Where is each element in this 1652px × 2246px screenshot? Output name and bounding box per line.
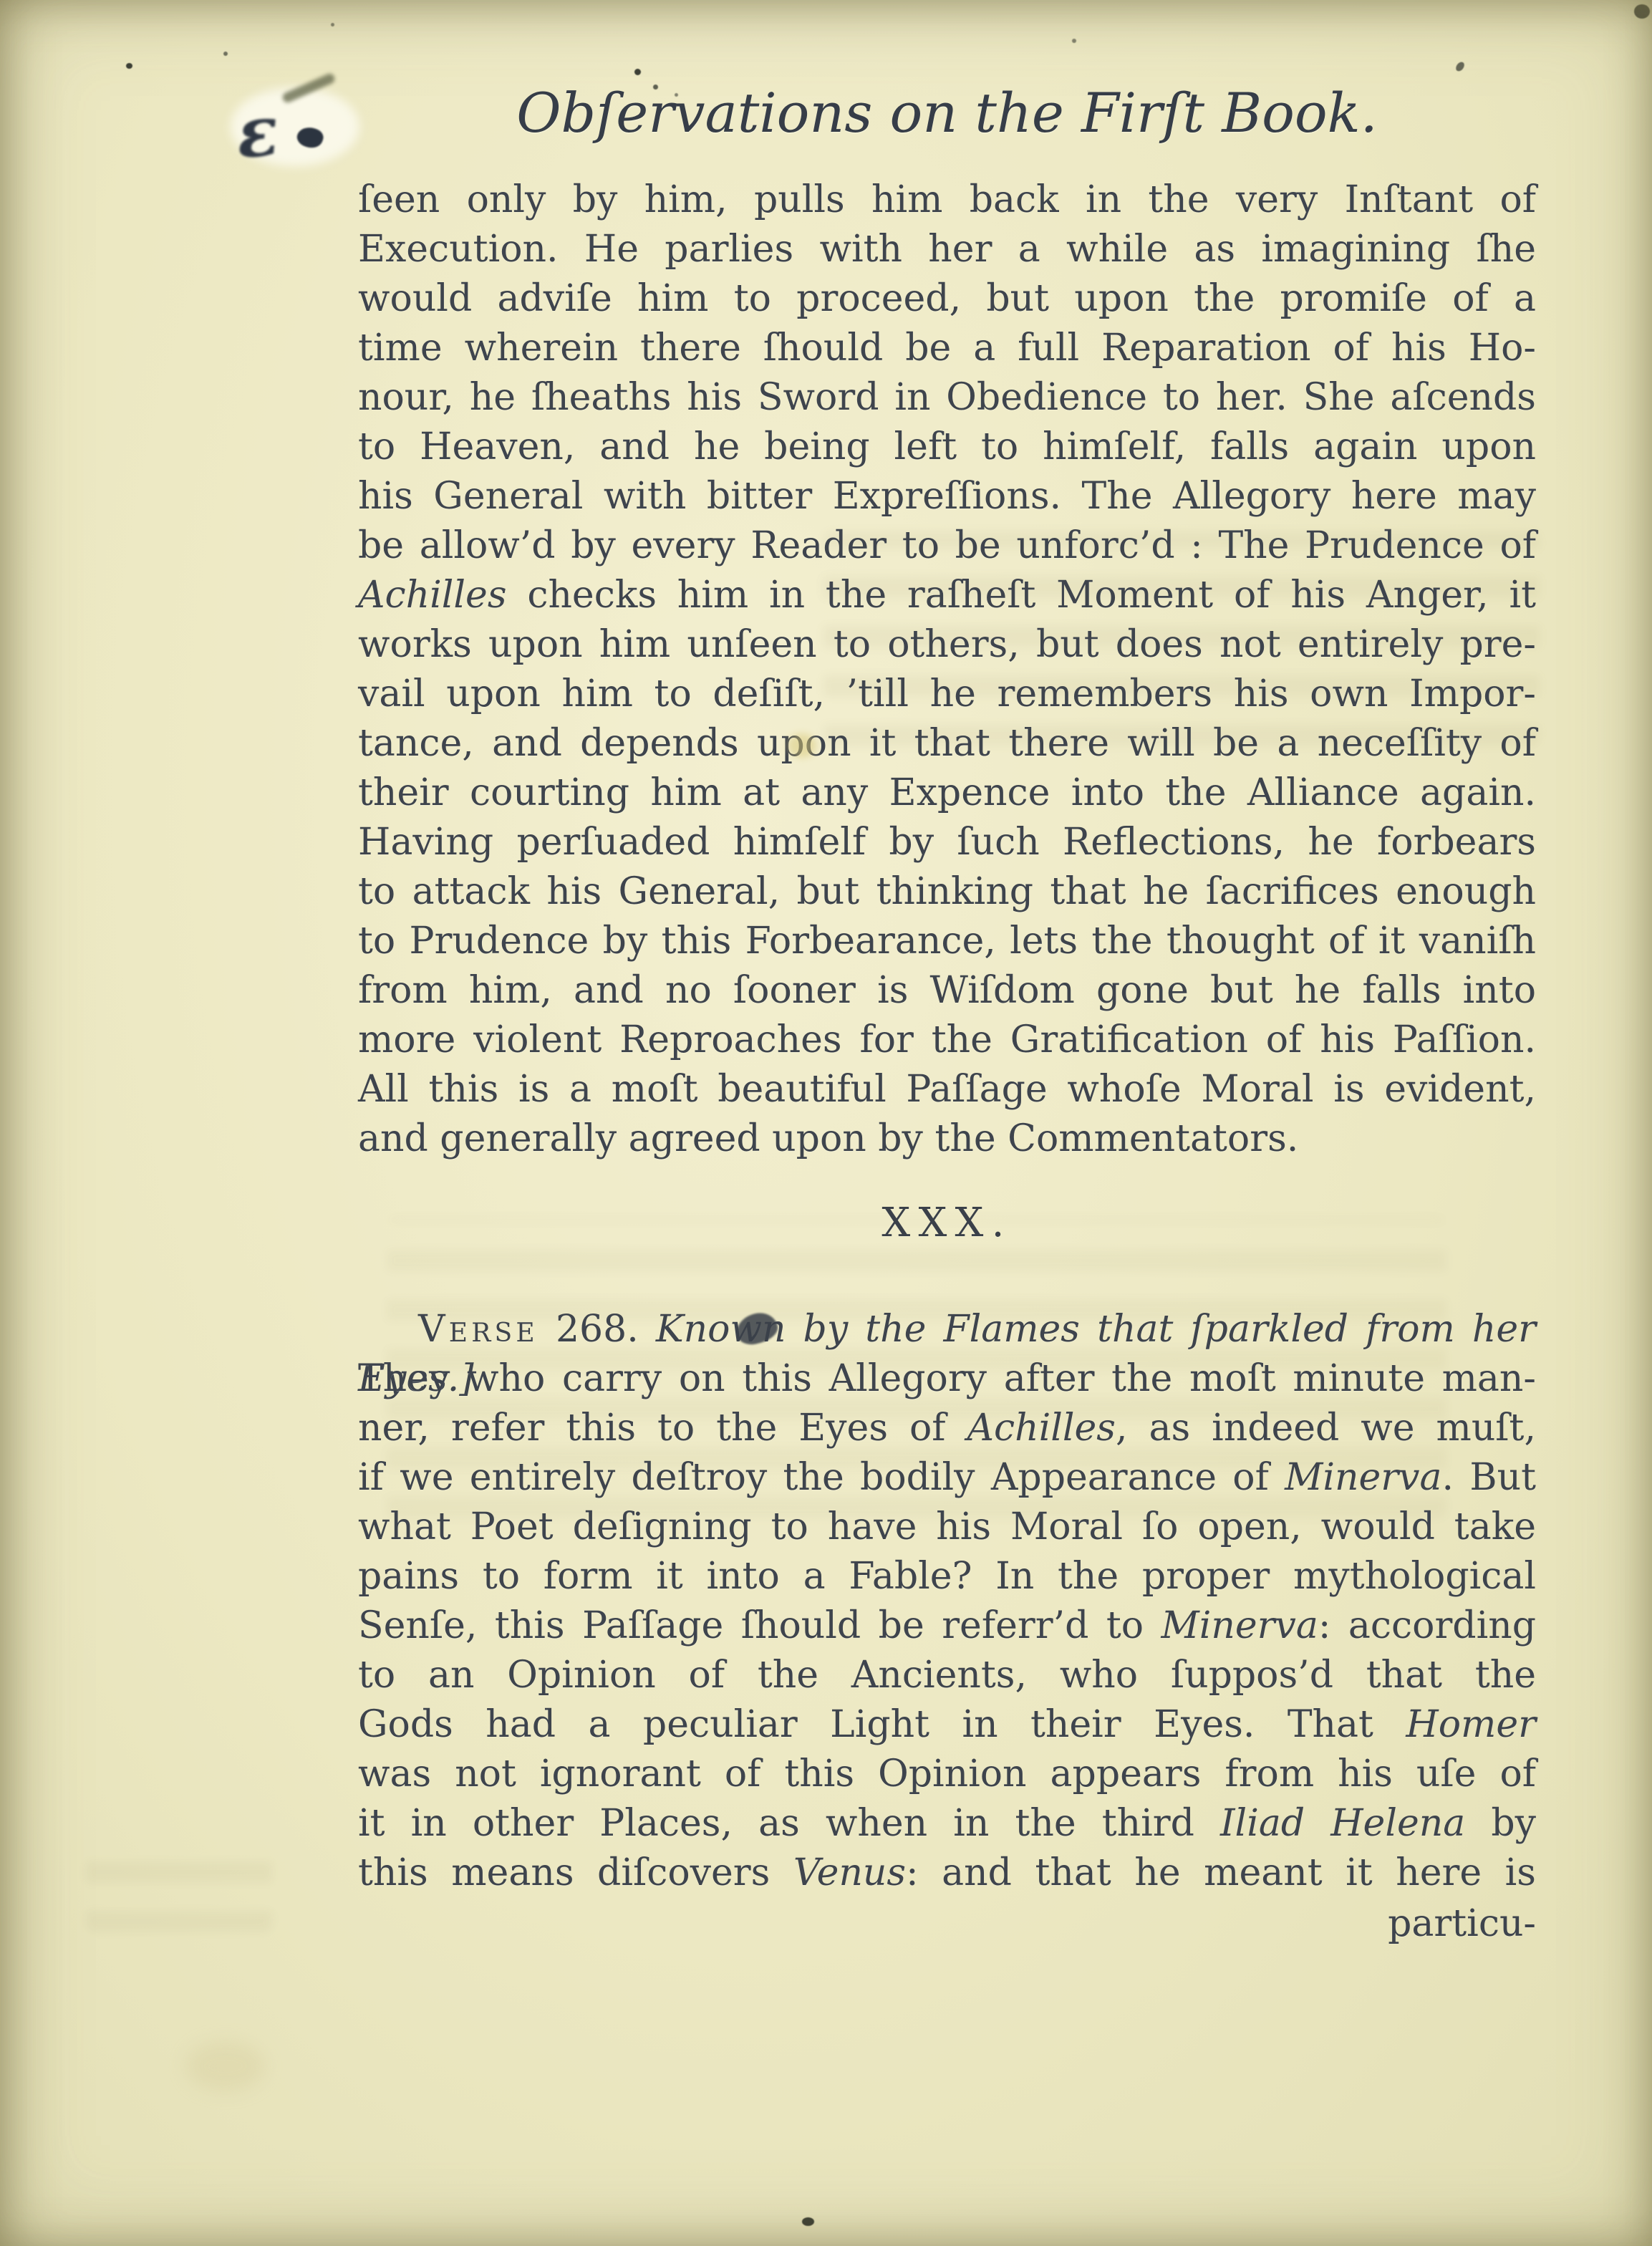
show-through-ghost — [86, 1854, 272, 1932]
text-run: his General with bitter Expreſſions. The… — [358, 475, 1536, 518]
text-run: They who carry on this Allegory after th… — [358, 1357, 1536, 1400]
text-line: All this is a moſt beautiful Paſſage who… — [358, 1065, 1536, 1114]
text-run: their courting him at any Expence into t… — [358, 771, 1536, 814]
text-line: vail upon him to deſiſt, ’till he rememb… — [358, 670, 1536, 719]
text-line: Gods had a peculiar Light in their Eyes.… — [358, 1700, 1536, 1750]
text-line: be allow’d by every Reader to be unforc’… — [358, 521, 1536, 571]
page-title: Obſervations on the Firſt Book. — [516, 81, 1378, 145]
text-run: to Prudence by this Forbearance, lets th… — [358, 920, 1536, 963]
ink-speck — [331, 23, 334, 26]
text-line: to Prudence by this Forbearance, lets th… — [358, 917, 1536, 966]
text-run: it in other Places, as when in the third — [358, 1802, 1220, 1845]
text-line: to Heaven, and he being left to himſelf,… — [358, 423, 1536, 472]
text-line: time wherein there ſhould be a full Repa… — [358, 324, 1536, 373]
text-line: ſeen only by him, pulls him back in the … — [358, 175, 1536, 225]
text-run: if we entirely deſtroy the bodily Appear… — [358, 1456, 1285, 1499]
text-run: by — [1465, 1802, 1536, 1845]
text-line: was not ignorant of this Opinion appears… — [358, 1750, 1536, 1799]
bottom-ink-speck — [802, 2217, 814, 2226]
text-line: They who carry on this Allegory after th… — [358, 1354, 1536, 1404]
text-run: Having perſuaded himſelf by ſuch Reflect… — [358, 821, 1536, 864]
text-run: All this is a moſt beautiful Paſſage who… — [358, 1068, 1536, 1111]
text-line: to an Opinion of the Ancients, who ſuppo… — [358, 1651, 1536, 1700]
running-header: Obſervations on the Firſt Book. — [358, 74, 1536, 153]
ink-speck — [223, 52, 228, 56]
paper-stain — [186, 2041, 265, 2091]
italic-text: Minerva — [1285, 1456, 1441, 1499]
ink-speck — [675, 93, 678, 97]
paragraph-observation-29: ſeen only by him, pulls him back in the … — [358, 175, 1536, 1164]
text-line: Senſe, this Paſſage ſhould be referr’d t… — [358, 1601, 1536, 1651]
text-line: Achilles checks him in the raſheſt Momen… — [358, 571, 1536, 620]
text-run: pains to form it into a Fable? In the pr… — [358, 1555, 1536, 1598]
book-page: ε Obſervations on the Firſt Book. ſeen o… — [0, 0, 1652, 2246]
text-line: more violent Reproaches for the Gratific… — [358, 1016, 1536, 1065]
text-line: works upon him unſeen to others, but doe… — [358, 620, 1536, 670]
italic-text: Achilles — [358, 574, 507, 617]
text-run: . But — [1442, 1456, 1536, 1499]
text-line: Having perſuaded himſelf by ſuch Reflect… — [358, 818, 1536, 867]
text-line: pains to form it into a Fable? In the pr… — [358, 1552, 1536, 1601]
section-heading: XXX. — [358, 1195, 1536, 1252]
paragraph-observation-30: Verse 268. Known by the Flames that ſpar… — [358, 1305, 1536, 1898]
text-line: his General with bitter Expreſſions. The… — [358, 472, 1536, 521]
text-line: it in other Places, as when in the third… — [358, 1799, 1536, 1849]
text-run: works upon him unſeen to others, but doe… — [358, 623, 1536, 666]
text-run: to attack his General, but thinking that… — [358, 870, 1536, 913]
text-run: ſeen only by him, pulls him back in the … — [358, 178, 1536, 221]
text-line: what Poet deſigning to have his Moral ſo… — [358, 1503, 1536, 1552]
corner-mark — [1634, 4, 1650, 19]
text-run: what Poet deſigning to have his Moral ſo… — [358, 1505, 1536, 1548]
ink-speck — [1455, 61, 1466, 73]
text-line: and generally agreed upon by the Comment… — [358, 1114, 1536, 1164]
text-run: ner, refer this to the Eyes of — [358, 1407, 967, 1450]
text-line: Execution. He parlies with her a while a… — [358, 225, 1536, 274]
text-run: : according — [1318, 1604, 1536, 1647]
text-run: was not ignorant of this Opinion appears… — [358, 1753, 1536, 1796]
text-run: , as indeed we muſt, — [1116, 1407, 1536, 1450]
text-line: their courting him at any Expence into t… — [358, 768, 1536, 818]
text-line: would adviſe him to proceed, but upon th… — [358, 274, 1536, 324]
text-run: time wherein there ſhould be a full Repa… — [358, 327, 1536, 370]
catchword: particu- — [358, 1899, 1536, 1949]
text-run: vail upon him to deſiſt, ’till he rememb… — [358, 673, 1536, 715]
text-line: this means diſcovers Venus: and that he … — [358, 1849, 1536, 1898]
text-run: and generally agreed upon by the Comment… — [358, 1117, 1298, 1160]
italic-text: Venus — [793, 1851, 906, 1894]
ink-speck — [634, 69, 641, 75]
text-run: to Heaven, and he being left to himſelf,… — [358, 425, 1536, 468]
text-line: tance, and depends upon it that there wi… — [358, 719, 1536, 768]
ink-speck — [126, 63, 132, 69]
text-run: more violent Reproaches for the Gratific… — [358, 1018, 1536, 1061]
text-line: ner, refer this to the Eyes of Achilles,… — [358, 1404, 1536, 1453]
italic-text: Homer — [1406, 1703, 1536, 1746]
text-run: would adviſe him to proceed, but upon th… — [358, 277, 1536, 320]
text-run: this means diſcovers — [358, 1851, 793, 1894]
text-run: : and that he meant it here is — [906, 1851, 1536, 1894]
text-run: be allow’d by every Reader to be unforc’… — [358, 524, 1536, 567]
ink-speck — [1072, 39, 1076, 43]
text-line: Verse 268. Known by the Flames that ſpar… — [358, 1305, 1536, 1354]
text-run: Gods had a peculiar Light in their Eyes.… — [358, 1703, 1406, 1746]
ink-speck — [653, 85, 658, 90]
text-run: checks him in the raſheſt Moment of his … — [507, 574, 1536, 617]
italic-text: Minerva — [1161, 1604, 1318, 1647]
italic-text: Achilles — [967, 1407, 1116, 1450]
text-run: nour, he ſheaths his Sword in Obedience … — [358, 376, 1536, 419]
text-line: to attack his General, but thinking that… — [358, 867, 1536, 917]
text-run: tance, and depends upon it that there wi… — [358, 722, 1536, 765]
text-line: if we entirely deſtroy the bodily Appear… — [358, 1453, 1536, 1503]
smallcaps-text: Verse — [418, 1308, 538, 1351]
text-run: Senſe, this Paſſage ſhould be referr’d t… — [358, 1604, 1161, 1647]
text-run: from him, and no ſooner is Wiſdom gone b… — [358, 969, 1536, 1012]
ink-smudge: ε — [232, 90, 282, 174]
text-run: Execution. He parlies with her a while a… — [358, 228, 1536, 271]
paper-stain — [788, 733, 816, 758]
text-run: to an Opinion of the Ancients, who ſuppo… — [358, 1654, 1536, 1697]
italic-text: Iliad Helena — [1220, 1802, 1465, 1845]
text-line: nour, he ſheaths his Sword in Obedience … — [358, 373, 1536, 423]
text-run: 268. — [538, 1308, 656, 1351]
text-line: from him, and no ſooner is Wiſdom gone b… — [358, 966, 1536, 1016]
